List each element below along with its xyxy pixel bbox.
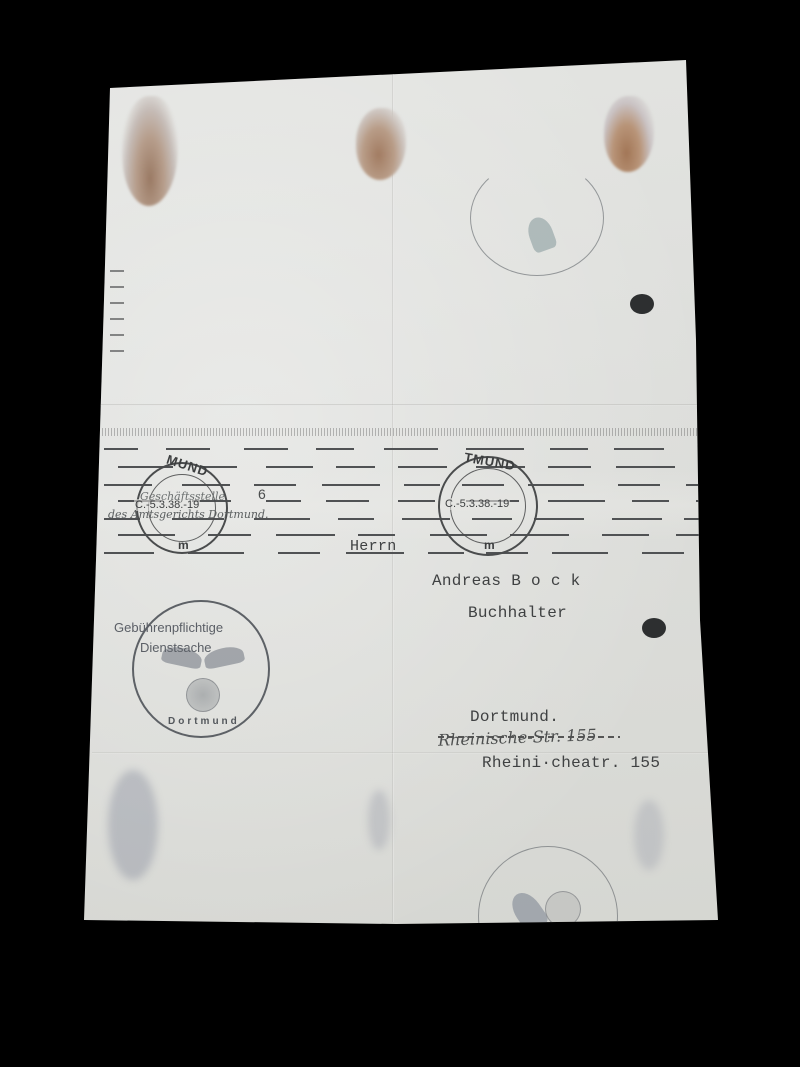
sender-office: Geschäftsstelle bbox=[140, 490, 225, 503]
cancellation-dash bbox=[696, 500, 700, 502]
faint-seal-top bbox=[470, 160, 604, 276]
cancellation-dash bbox=[698, 466, 700, 468]
sender-number: 6 bbox=[258, 486, 266, 502]
recipient-street: Rheini·cheatr. 155 bbox=[482, 754, 660, 772]
cancellation-dash bbox=[534, 518, 584, 520]
cancellation-dash bbox=[618, 484, 660, 486]
cancellation-dash bbox=[336, 466, 375, 468]
recipient-name: Andreas B o c k bbox=[432, 572, 581, 590]
cancellation-dash bbox=[326, 500, 369, 502]
horizontal-fold-top bbox=[100, 404, 700, 406]
postmark-right: TMUND C.-5.3.38.-19 m bbox=[438, 456, 538, 556]
eagle-wing-icon bbox=[524, 214, 558, 254]
cancellation-dash bbox=[548, 500, 605, 502]
punch-hole-bottom bbox=[642, 618, 666, 638]
punch-hole-top bbox=[630, 294, 654, 314]
envelope-sheet: MUND C.-5.3.38.-19 m TMUND C.-5.3.38.-19… bbox=[0, 0, 800, 1067]
cancellation-dash bbox=[528, 484, 584, 486]
cancellation-dash bbox=[602, 534, 649, 536]
cancellation-dash bbox=[276, 534, 335, 536]
cancellation-dash bbox=[358, 534, 395, 536]
emblem-wreath-icon bbox=[545, 891, 581, 927]
eagle-wing-icon bbox=[506, 887, 550, 935]
cancellation-dash bbox=[104, 552, 154, 554]
sender-court: des Amtsgerichts Dortmund. bbox=[108, 508, 269, 521]
cancellation-dash bbox=[614, 448, 664, 450]
bleed-through-mark bbox=[634, 800, 664, 870]
cancellation-dash bbox=[244, 448, 288, 450]
handwritten-address: Rheinische-Str. 155 bbox=[438, 725, 597, 750]
faint-seal-bottom bbox=[478, 846, 618, 986]
rust-stain-center bbox=[356, 108, 406, 180]
rust-stain-left bbox=[122, 96, 178, 206]
cancellation-dash bbox=[188, 552, 244, 554]
fee-stamp-line1: Gebührenpflichtige bbox=[114, 620, 223, 635]
cancellation-dash bbox=[404, 484, 440, 486]
cancellation-dash bbox=[616, 466, 675, 468]
document-photo: MUND C.-5.3.38.-19 m TMUND C.-5.3.38.-19… bbox=[0, 0, 800, 1067]
bleed-through-mark bbox=[368, 790, 390, 850]
fee-stamp-line2: Dienstsache bbox=[140, 640, 212, 655]
cancellation-dash bbox=[322, 484, 380, 486]
cancellation-dash bbox=[428, 552, 464, 554]
cancellation-dash bbox=[552, 552, 608, 554]
cancellation-dash bbox=[278, 552, 320, 554]
seal-bottom-text: Dortmund bbox=[168, 716, 240, 727]
cancellation-dash bbox=[398, 500, 435, 502]
recipient-occupation: Buchhalter bbox=[468, 604, 567, 622]
cancellation-dash bbox=[466, 448, 524, 450]
cancellation-dash bbox=[266, 500, 301, 502]
cancellation-dash bbox=[104, 448, 138, 450]
cancellation-dash bbox=[684, 518, 700, 520]
cancellation-dash bbox=[338, 518, 374, 520]
cancellation-dash bbox=[550, 448, 588, 450]
cancellation-dash bbox=[676, 534, 700, 536]
cancellation-dash bbox=[686, 484, 700, 486]
cancellation-dash bbox=[398, 466, 447, 468]
cancellation-dash bbox=[166, 448, 210, 450]
postmark-letter: m bbox=[484, 538, 495, 552]
cancellation-dash bbox=[642, 552, 684, 554]
cancellation-dash bbox=[612, 518, 662, 520]
recipient-salutation: Herrn bbox=[350, 538, 397, 555]
vertical-fold bbox=[392, 70, 394, 922]
rust-stain-right bbox=[604, 96, 654, 172]
cancellation-dash bbox=[384, 448, 438, 450]
recipient-city: Dortmund. bbox=[470, 708, 559, 726]
bleed-through-mark bbox=[108, 770, 158, 880]
cancellation-dash bbox=[698, 448, 700, 450]
cancellation-dash bbox=[548, 466, 591, 468]
cancellation-dash bbox=[632, 500, 669, 502]
postmark-letter: m bbox=[178, 538, 189, 552]
cancellation-dash bbox=[316, 448, 354, 450]
cancellation-dash bbox=[266, 466, 313, 468]
left-edge-marks bbox=[110, 270, 124, 366]
cancellation-perforation bbox=[102, 428, 698, 436]
postmark-date: C.-5.3.38.-19 bbox=[444, 498, 510, 510]
emblem-wreath-icon bbox=[186, 678, 220, 712]
